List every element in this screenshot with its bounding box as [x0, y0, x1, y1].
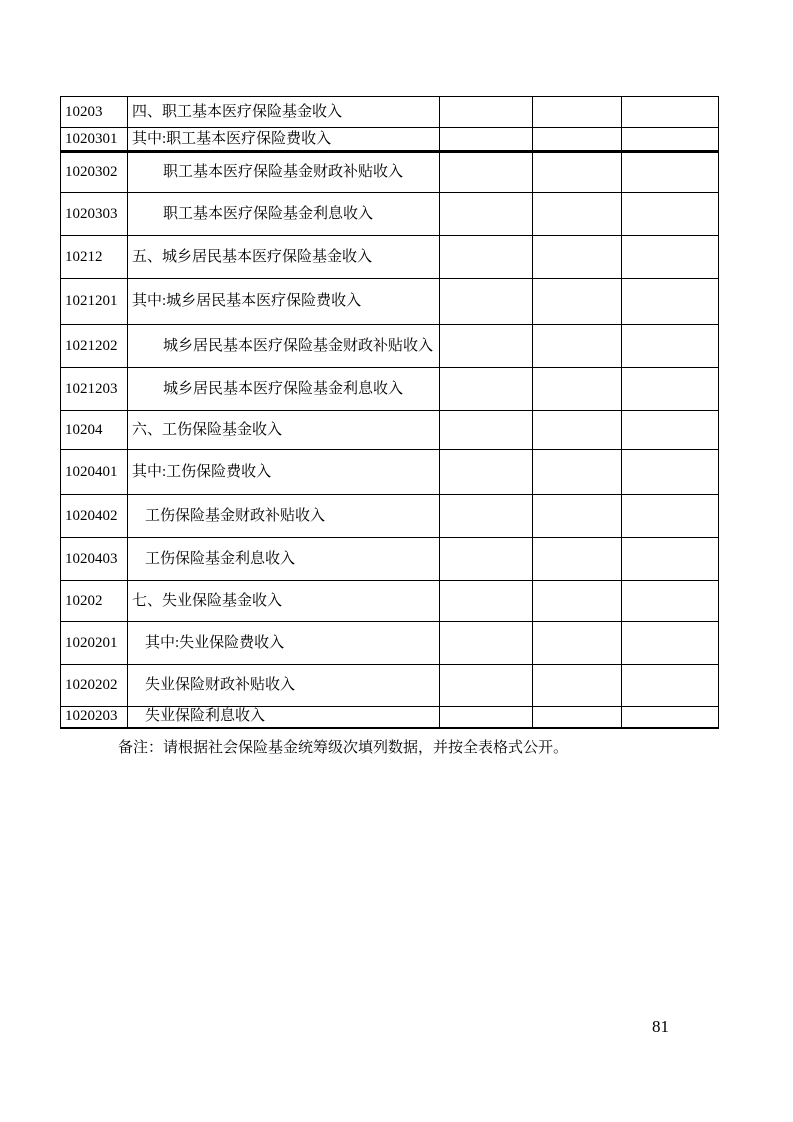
row-value-cell-3 — [622, 97, 719, 128]
row-value-cell-2 — [533, 622, 622, 665]
row-description: 失业保险利息收入 — [128, 707, 440, 728]
row-code: 1020401 — [61, 450, 128, 495]
row-code: 1020301 — [61, 128, 128, 152]
row-description: 六、工伤保险基金收入 — [128, 411, 440, 450]
row-value-cell-2 — [533, 97, 622, 128]
row-value-cell-3 — [622, 450, 719, 495]
table-row: 10202七、失业保险基金收入 — [61, 581, 719, 622]
row-value-cell-2 — [533, 665, 622, 707]
row-description: 五、城乡居民基本医疗保险基金收入 — [128, 236, 440, 279]
row-description: 其中:失业保险费收入 — [128, 622, 440, 665]
row-value-cell-3 — [622, 368, 719, 411]
row-description: 城乡居民基本医疗保险基金财政补贴收入 — [128, 325, 440, 368]
page-number: 81 — [652, 1017, 669, 1037]
row-value-cell-3 — [622, 622, 719, 665]
table-row: 1021201其中:城乡居民基本医疗保险费收入 — [61, 279, 719, 325]
row-value-cell-3 — [622, 325, 719, 368]
row-code: 1020203 — [61, 707, 128, 728]
row-value-cell-2 — [533, 538, 622, 581]
table-row: 1020301其中:职工基本医疗保险费收入 — [61, 128, 719, 152]
row-value-cell-2 — [533, 450, 622, 495]
row-value-cell-1 — [440, 97, 533, 128]
row-value-cell-2 — [533, 193, 622, 236]
row-value-cell-3 — [622, 279, 719, 325]
row-code: 1021201 — [61, 279, 128, 325]
row-value-cell-3 — [622, 581, 719, 622]
table-row: 10212五、城乡居民基本医疗保险基金收入 — [61, 236, 719, 279]
row-value-cell-2 — [533, 128, 622, 152]
row-value-cell-1 — [440, 622, 533, 665]
row-value-cell-1 — [440, 495, 533, 538]
table-row: 1020403工伤保险基金利息收入 — [61, 538, 719, 581]
row-value-cell-1 — [440, 152, 533, 193]
row-code: 10202 — [61, 581, 128, 622]
row-description: 工伤保险基金财政补贴收入 — [128, 495, 440, 538]
row-value-cell-1 — [440, 193, 533, 236]
table-body: 10203四、职工基本医疗保险基金收入1020301其中:职工基本医疗保险费收入… — [61, 97, 719, 728]
row-code: 1021202 — [61, 325, 128, 368]
row-value-cell-1 — [440, 279, 533, 325]
table-row: 1021202城乡居民基本医疗保险基金财政补贴收入 — [61, 325, 719, 368]
row-value-cell-2 — [533, 368, 622, 411]
row-code: 10212 — [61, 236, 128, 279]
row-value-cell-2 — [533, 581, 622, 622]
social-insurance-fund-income-table: 10203四、职工基本医疗保险基金收入1020301其中:职工基本医疗保险费收入… — [60, 96, 719, 729]
row-value-cell-3 — [622, 665, 719, 707]
row-description: 其中:职工基本医疗保险费收入 — [128, 128, 440, 152]
table-row: 1020303职工基本医疗保险基金利息收入 — [61, 193, 719, 236]
row-value-cell-1 — [440, 236, 533, 279]
row-value-cell-3 — [622, 411, 719, 450]
row-value-cell-2 — [533, 152, 622, 193]
table-footnote: 备注：请根据社会保险基金统筹级次填列数据，并按全表格式公开。 — [118, 736, 568, 757]
row-description: 职工基本医疗保险基金财政补贴收入 — [128, 152, 440, 193]
row-description: 失业保险财政补贴收入 — [128, 665, 440, 707]
row-value-cell-2 — [533, 495, 622, 538]
document-page: 10203四、职工基本医疗保险基金收入1020301其中:职工基本医疗保险费收入… — [0, 0, 793, 1122]
row-value-cell-1 — [440, 538, 533, 581]
row-value-cell-1 — [440, 368, 533, 411]
table-row: 1020203失业保险利息收入 — [61, 707, 719, 728]
row-code: 1021203 — [61, 368, 128, 411]
row-value-cell-1 — [440, 581, 533, 622]
row-value-cell-1 — [440, 707, 533, 728]
row-description: 其中:城乡居民基本医疗保险费收入 — [128, 279, 440, 325]
row-value-cell-1 — [440, 128, 533, 152]
table-row: 1020401其中:工伤保险费收入 — [61, 450, 719, 495]
table-row: 1020302职工基本医疗保险基金财政补贴收入 — [61, 152, 719, 193]
row-value-cell-2 — [533, 325, 622, 368]
table-row: 10203四、职工基本医疗保险基金收入 — [61, 97, 719, 128]
row-value-cell-1 — [440, 325, 533, 368]
row-description: 其中:工伤保险费收入 — [128, 450, 440, 495]
row-code: 1020201 — [61, 622, 128, 665]
row-description: 七、失业保险基金收入 — [128, 581, 440, 622]
row-value-cell-3 — [622, 236, 719, 279]
table-row: 1021203城乡居民基本医疗保险基金利息收入 — [61, 368, 719, 411]
row-code: 10204 — [61, 411, 128, 450]
row-value-cell-3 — [622, 128, 719, 152]
row-description: 四、职工基本医疗保险基金收入 — [128, 97, 440, 128]
row-value-cell-3 — [622, 495, 719, 538]
row-value-cell-2 — [533, 707, 622, 728]
row-value-cell-2 — [533, 411, 622, 450]
row-code: 10203 — [61, 97, 128, 128]
row-code: 1020402 — [61, 495, 128, 538]
row-value-cell-3 — [622, 152, 719, 193]
table-row: 1020201其中:失业保险费收入 — [61, 622, 719, 665]
row-value-cell-3 — [622, 538, 719, 581]
row-code: 1020302 — [61, 152, 128, 193]
row-value-cell-2 — [533, 279, 622, 325]
table-row: 10204六、工伤保险基金收入 — [61, 411, 719, 450]
row-value-cell-1 — [440, 665, 533, 707]
row-value-cell-2 — [533, 236, 622, 279]
row-description: 城乡居民基本医疗保险基金利息收入 — [128, 368, 440, 411]
row-code: 1020403 — [61, 538, 128, 581]
row-value-cell-3 — [622, 707, 719, 728]
row-code: 1020303 — [61, 193, 128, 236]
row-description: 工伤保险基金利息收入 — [128, 538, 440, 581]
row-code: 1020202 — [61, 665, 128, 707]
table-row: 1020402工伤保险基金财政补贴收入 — [61, 495, 719, 538]
row-value-cell-1 — [440, 450, 533, 495]
row-description: 职工基本医疗保险基金利息收入 — [128, 193, 440, 236]
row-value-cell-3 — [622, 193, 719, 236]
table-row: 1020202失业保险财政补贴收入 — [61, 665, 719, 707]
row-value-cell-1 — [440, 411, 533, 450]
